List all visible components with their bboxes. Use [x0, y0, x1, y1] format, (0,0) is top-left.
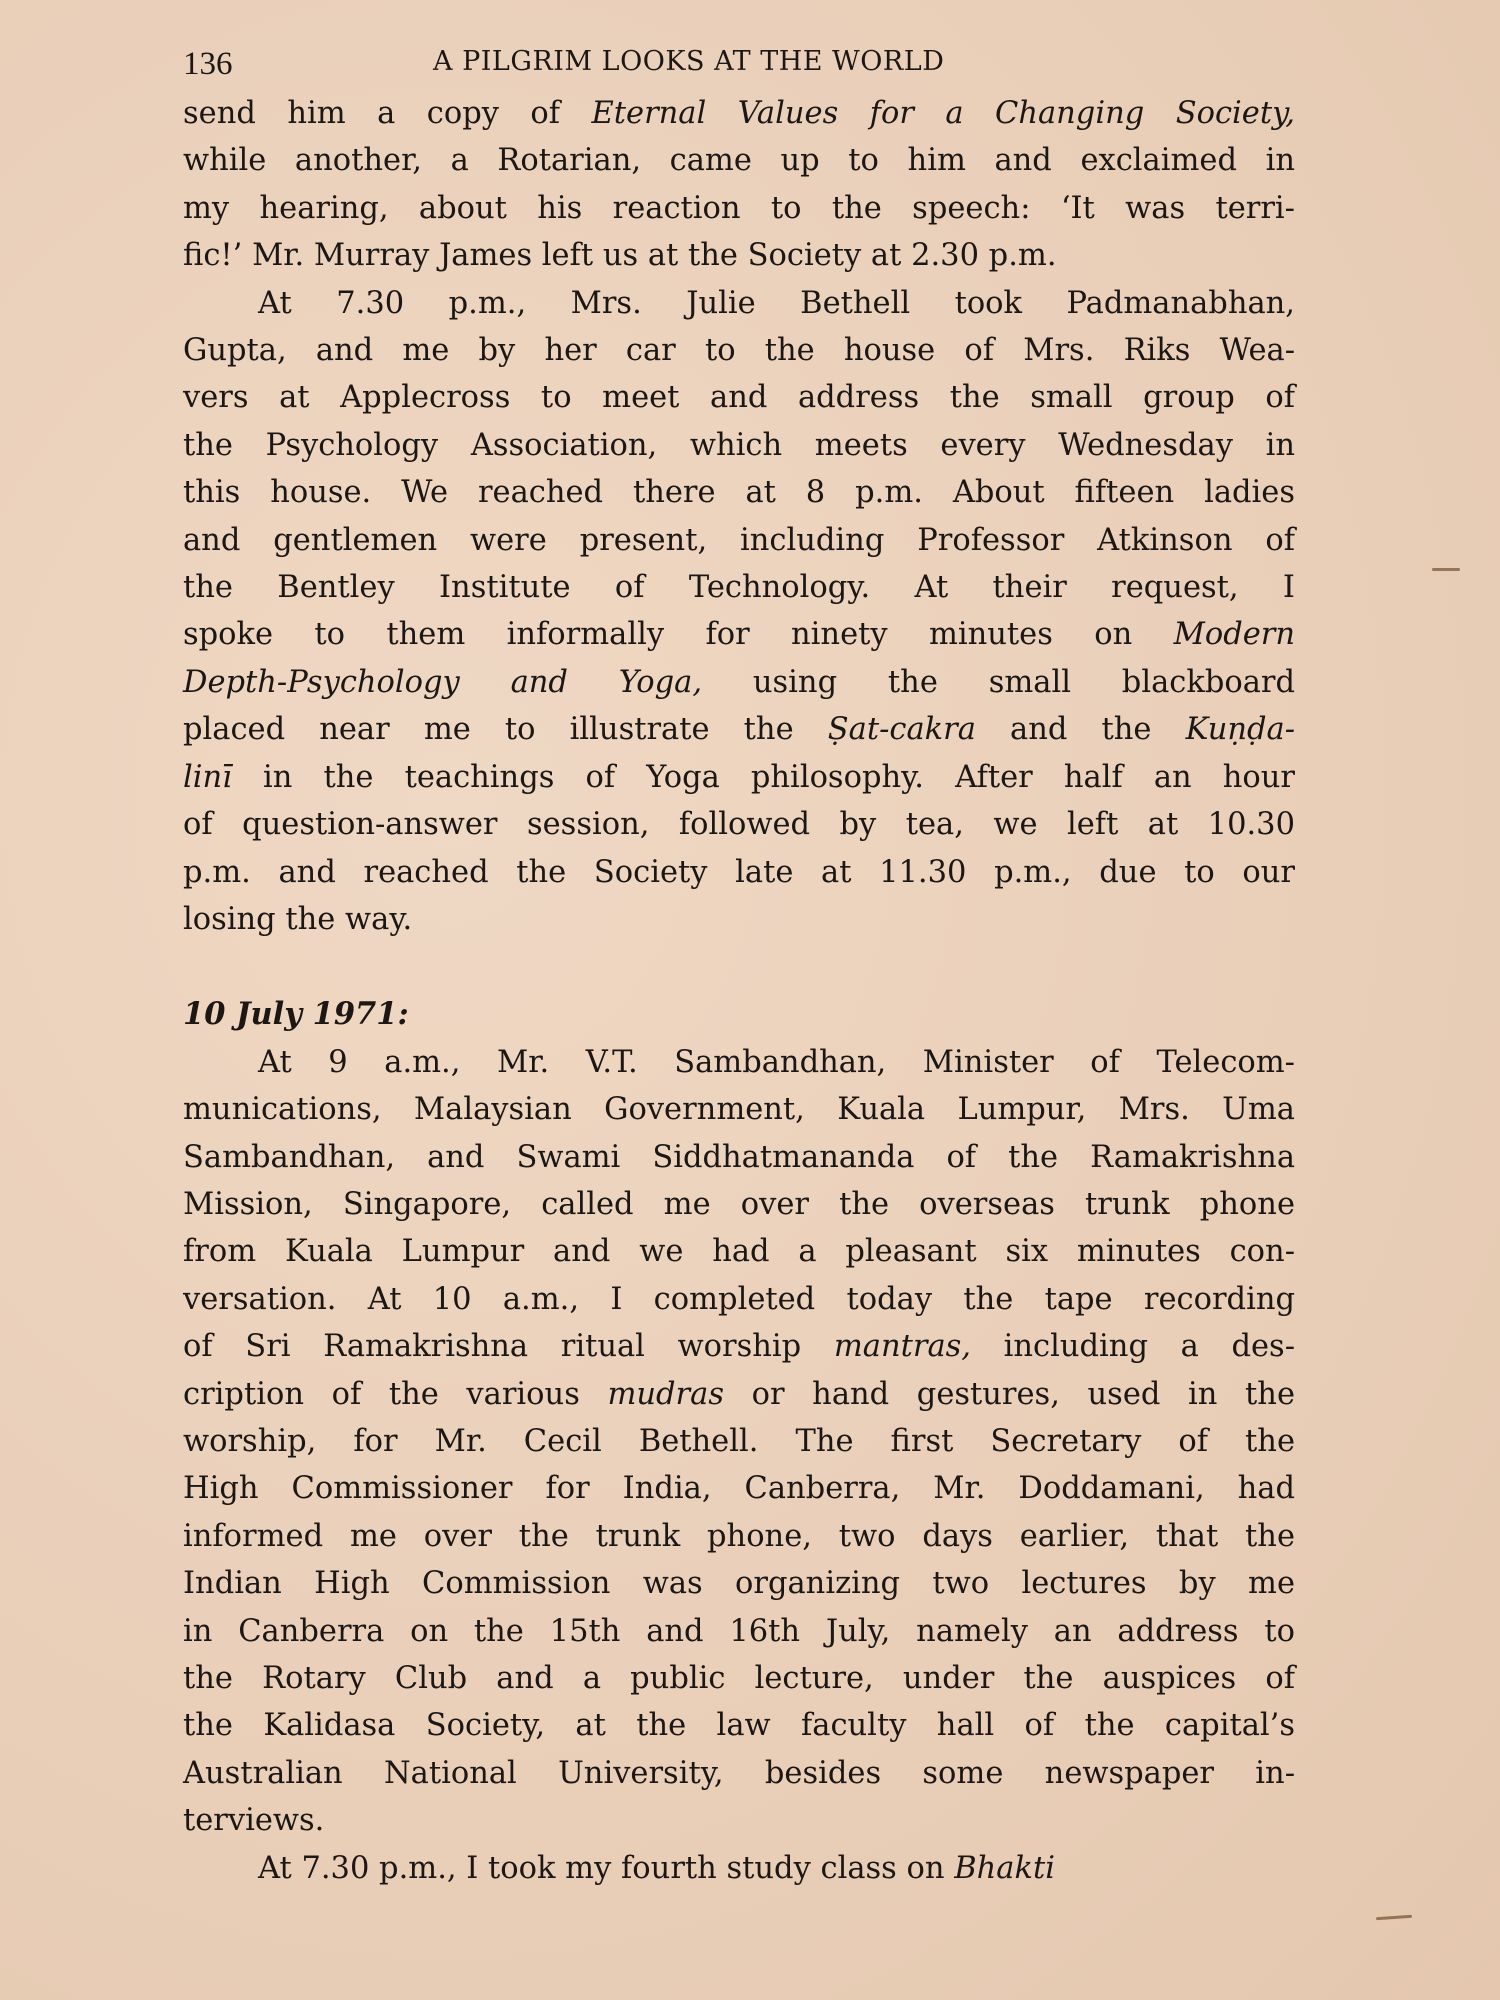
text-line: cription of the various mudras or hand g…	[183, 1371, 1295, 1418]
text-line: informed me over the trunk phone, two da…	[183, 1513, 1295, 1560]
body-text: send him a copy of Eternal Values for a …	[183, 90, 1295, 1892]
text-line: linī in the teachings of Yoga philosophy…	[183, 754, 1295, 801]
text-line: At 7.30 p.m., I took my fourth study cla…	[183, 1845, 1295, 1892]
page-number: 136	[183, 46, 233, 83]
text-line: while another, a Rotarian, came up to hi…	[183, 137, 1295, 184]
text-line: my hearing, about his reaction to the sp…	[183, 185, 1295, 232]
text-line: Gupta, and me by her car to the house of…	[183, 327, 1295, 374]
paragraph: send him a copy of Eternal Values for a …	[183, 90, 1295, 280]
text-line: fic!’ Mr. Murray James left us at the So…	[183, 232, 1295, 279]
italic-phrase: mantras,	[834, 1329, 971, 1364]
text-line: this house. We reached there at 8 p.m. A…	[183, 469, 1295, 516]
italic-phrase: Ṣat-cakra	[828, 712, 976, 747]
running-head: 136 A PILGRIM LOOKS AT THE WORLD	[183, 40, 1295, 90]
text-line: Sambandhan, and Swami Siddhatmananda of …	[183, 1134, 1295, 1181]
margin-mark	[1376, 1915, 1412, 1921]
italic-phrase: Modern	[1174, 617, 1295, 652]
text-line: munications, Malaysian Government, Kuala…	[183, 1086, 1295, 1133]
text-line: versation. At 10 a.m., I completed today…	[183, 1276, 1295, 1323]
text-line: p.m. and reached the Society late at 11.…	[183, 849, 1295, 896]
text-line: and gentlemen were present, including Pr…	[183, 517, 1295, 564]
text-line: spoke to them informally for ninety minu…	[183, 611, 1295, 658]
text-line: losing the way.	[183, 896, 1295, 943]
text-line: At 9 a.m., Mr. V.T. Sambandhan, Minister…	[183, 1039, 1295, 1086]
text-line: the Kalidasa Society, at the law faculty…	[183, 1702, 1295, 1749]
paragraph: At 7.30 p.m., Mrs. Julie Bethell took Pa…	[183, 280, 1295, 944]
text-line: Indian High Commission was organizing tw…	[183, 1560, 1295, 1607]
text-line: Mission, Singapore, called me over the o…	[183, 1181, 1295, 1228]
paragraph: At 7.30 p.m., I took my fourth study cla…	[183, 1845, 1295, 1892]
text-line: of Sri Ramakrishna ritual worship mantra…	[183, 1323, 1295, 1370]
text-line: in Canberra on the 15th and 16th July, n…	[183, 1608, 1295, 1655]
running-title: A PILGRIM LOOKS AT THE WORLD	[433, 46, 944, 77]
text-line: of question-answer session, followed by …	[183, 801, 1295, 848]
text-line: Australian National University, besides …	[183, 1750, 1295, 1797]
date-heading: 10 July 1971:	[183, 991, 1295, 1038]
book-page: 136 A PILGRIM LOOKS AT THE WORLD send hi…	[183, 40, 1295, 1892]
text-line: the Rotary Club and a public lecture, un…	[183, 1655, 1295, 1702]
italic-phrase: Depth-Psychology and Yoga,	[183, 665, 702, 700]
paragraph: At 9 a.m., Mr. V.T. Sambandhan, Minister…	[183, 1039, 1295, 1845]
text-line: At 7.30 p.m., Mrs. Julie Bethell took Pa…	[183, 280, 1295, 327]
text-line: High Commissioner for India, Canberra, M…	[183, 1465, 1295, 1512]
italic-phrase: mudras	[607, 1377, 724, 1412]
italic-phrase: Bhakti	[954, 1851, 1055, 1886]
text-line: worship, for Mr. Cecil Bethell. The firs…	[183, 1418, 1295, 1465]
text-line: the Psychology Association, which meets …	[183, 422, 1295, 469]
text-line: placed near me to illustrate the Ṣat-cak…	[183, 706, 1295, 753]
text-line: send him a copy of Eternal Values for a …	[183, 90, 1295, 137]
text-line: Depth-Psychology and Yoga, using the sma…	[183, 659, 1295, 706]
italic-phrase: Eternal Values for a Changing Society,	[592, 96, 1295, 131]
italic-phrase: Kuṇḍa-	[1186, 712, 1295, 747]
text-line: the Bentley Institute of Technology. At …	[183, 564, 1295, 611]
margin-mark	[1432, 568, 1460, 571]
text-line: terviews.	[183, 1797, 1295, 1844]
italic-phrase: linī	[183, 760, 232, 795]
text-line: from Kuala Lumpur and we had a pleasant …	[183, 1228, 1295, 1275]
text-line: vers at Applecross to meet and address t…	[183, 374, 1295, 421]
